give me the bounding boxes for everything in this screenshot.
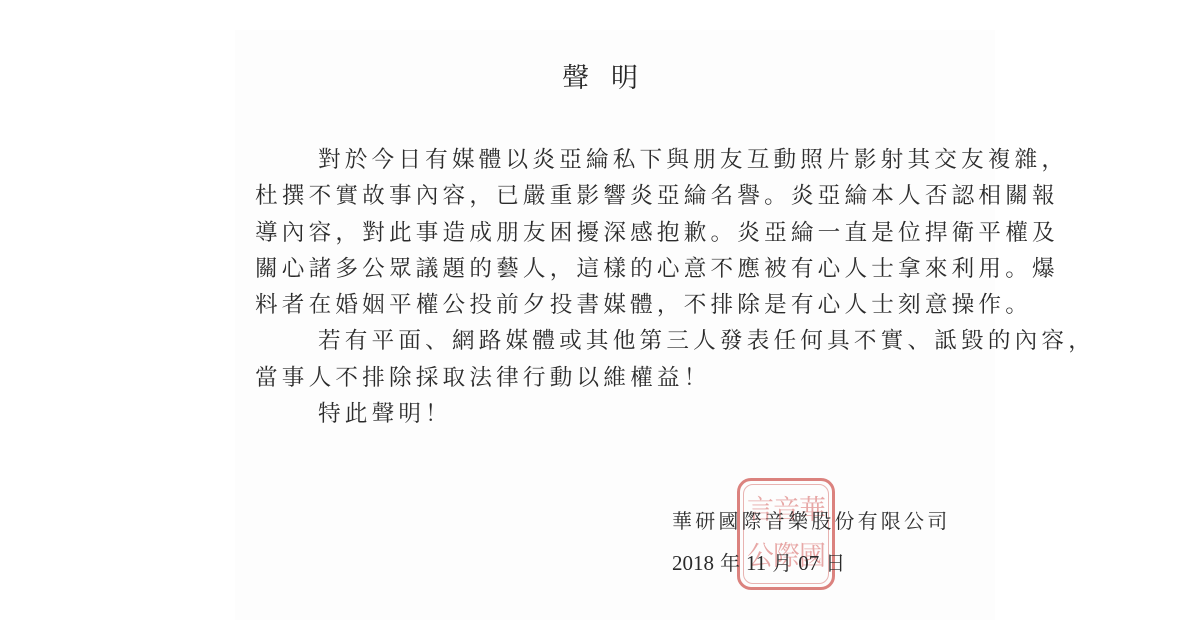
document-title: 聲明 [0,56,1200,95]
date-month: 11 [746,551,766,575]
paragraph-2-line-2: 當事人不排除採取法律行動以維權益！ [255,360,975,396]
paragraph-1-line-2: 杜撰不實故事內容，已嚴重影響炎亞綸名譽。炎亞綸本人否認相關報 [255,178,975,214]
paragraph-1-line-5: 料者在婚姻平權公投前夕投書媒體，不排除是有心人士刻意操作。 [255,287,975,323]
date-year-unit: 年 [720,551,740,575]
statement-body: 對於今日有媒體以炎亞綸私下與朋友互動照片影射其交友複雜， 杜撰不實故事內容，已嚴… [255,142,975,432]
date-month-unit: 月 [772,551,792,575]
signature-company: 華研國際音樂股份有限公司 [672,505,950,534]
date-day: 07 [798,551,819,575]
paragraph-1-line-1: 對於今日有媒體以炎亞綸私下與朋友互動照片影射其交友複雜， [255,142,975,178]
date-year: 2018 [672,551,714,575]
document-page: 聲明 對於今日有媒體以炎亞綸私下與朋友互動照片影射其交友複雜， 杜撰不實故事內容… [0,0,1200,628]
paragraph-2-line-1: 若有平面、網路媒體或其他第三人發表任何具不實、詆毀的內容， [255,323,975,359]
paragraph-1-line-3: 導內容，對此事造成朋友困擾深感抱歉。炎亞綸一直是位捍衛平權及 [255,215,975,251]
paragraph-1-line-4: 關心諸多公眾議題的藝人，這樣的心意不應被有心人士拿來利用。爆 [255,251,975,287]
closing-line: 特此聲明！ [255,396,975,432]
signature-date: 2018年11月07日 [672,547,851,576]
date-day-unit: 日 [825,551,845,575]
